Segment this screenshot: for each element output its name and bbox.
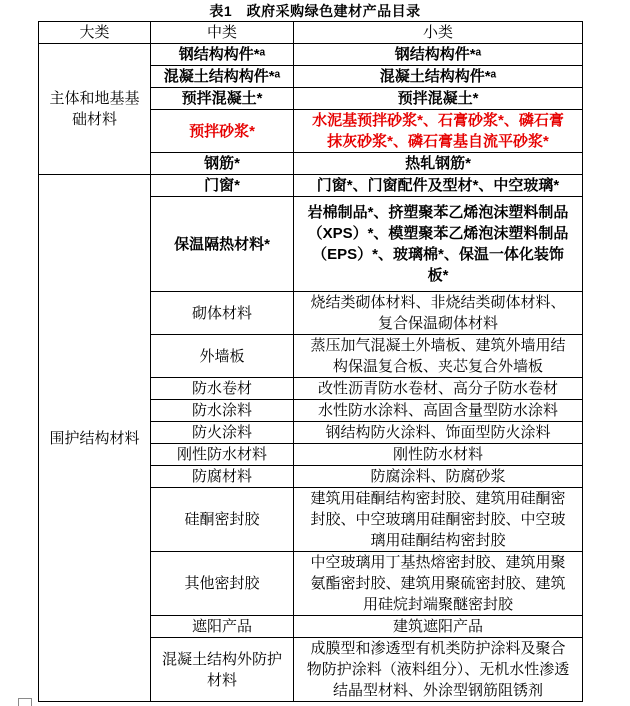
sub-category-cell-highlighted: 水泥基预拌砂浆*、石膏砂浆*、磷石膏抹灰砂浆*、磷石膏基自流平砂浆* xyxy=(294,110,583,153)
sub-category-cell: 建筑遮阳产品 xyxy=(294,616,583,638)
sub-category-cell: 钢结构防火涂料、饰面型防火涂料 xyxy=(294,422,583,444)
header-cell-major-category: 大类 xyxy=(39,22,151,44)
header-cell-minor-category: 小类 xyxy=(294,22,583,44)
header-row: 大类 中类 小类 xyxy=(39,22,583,44)
sub-category-cell: 门窗*、门窗配件及型材*、中空玻璃* xyxy=(294,175,583,197)
sub-category-cell: 蒸压加气混凝土外墙板、建筑外墙用结构保温复合板、夹芯复合外墙板 xyxy=(294,335,583,378)
mid-category-cell: 防腐材料 xyxy=(151,466,294,488)
page-corner-artifact xyxy=(18,698,32,706)
sub-category-cell: 预拌混凝土* xyxy=(294,88,583,110)
mid-category-cell: 防火涂料 xyxy=(151,422,294,444)
sub-category-cell: 成膜型和渗透型有机类防护涂料及聚合物防护涂料（液料组分）、无机水性渗透结晶型材料… xyxy=(294,638,583,702)
table-row: 主体和地基基础材料 钢结构构件*ᵃ 钢结构构件*ᵃ xyxy=(39,44,583,66)
mid-category-cell: 硅酮密封胶 xyxy=(151,488,294,552)
major-category-cell-envelope: 围护结构材料 xyxy=(39,175,151,702)
mid-category-cell: 预拌混凝土* xyxy=(151,88,294,110)
header-cell-middle-category: 中类 xyxy=(151,22,294,44)
sub-category-cell: 热轧钢筋* xyxy=(294,153,583,175)
table-row: 围护结构材料 门窗* 门窗*、门窗配件及型材*、中空玻璃* xyxy=(39,175,583,197)
sub-category-cell: 烧结类砌体材料、非烧结类砌体材料、复合保温砌体材料 xyxy=(294,292,583,335)
mid-category-cell: 钢结构构件*ᵃ xyxy=(151,44,294,66)
mid-category-cell: 刚性防水材料 xyxy=(151,444,294,466)
mid-category-cell: 保温隔热材料* xyxy=(151,197,294,292)
sub-category-cell: 水性防水涂料、高固含量型防水涂料 xyxy=(294,400,583,422)
sub-category-cell: 防腐涂料、防腐砂浆 xyxy=(294,466,583,488)
table-title: 表1 政府采购绿色建材产品目录 xyxy=(0,1,630,21)
green-materials-catalog-table: 大类 中类 小类 主体和地基基础材料 钢结构构件*ᵃ 钢结构构件*ᵃ 混凝土结构… xyxy=(38,21,583,702)
mid-category-cell: 防水涂料 xyxy=(151,400,294,422)
mid-category-cell: 砌体材料 xyxy=(151,292,294,335)
sub-category-cell: 钢结构构件*ᵃ xyxy=(294,44,583,66)
major-category-cell-structure-foundation: 主体和地基基础材料 xyxy=(39,44,151,175)
sub-category-cell: 改性沥青防水卷材、高分子防水卷材 xyxy=(294,378,583,400)
document-page: 表1 政府采购绿色建材产品目录 大类 中类 小类 主体和地基基础材料 钢结构构件… xyxy=(0,0,630,706)
mid-category-cell: 混凝土结构外防护材料 xyxy=(151,638,294,702)
sub-category-cell: 中空玻璃用丁基热熔密封胶、建筑用聚氨酯密封胶、建筑用聚硫密封胶、建筑用硅烷封端聚… xyxy=(294,552,583,616)
mid-category-cell: 门窗* xyxy=(151,175,294,197)
mid-category-cell: 外墙板 xyxy=(151,335,294,378)
mid-category-cell: 钢筋* xyxy=(151,153,294,175)
mid-category-cell: 防水卷材 xyxy=(151,378,294,400)
sub-category-cell: 刚性防水材料 xyxy=(294,444,583,466)
mid-category-cell: 混凝土结构构件*ᵃ xyxy=(151,66,294,88)
sub-category-cell: 混凝土结构构件*ᵃ xyxy=(294,66,583,88)
mid-category-cell: 遮阳产品 xyxy=(151,616,294,638)
sub-category-cell: 岩棉制品*、挤塑聚苯乙烯泡沫塑料制品（XPS）*、模塑聚苯乙烯泡沫塑料制品（EP… xyxy=(294,197,583,292)
mid-category-cell: 其他密封胶 xyxy=(151,552,294,616)
sub-category-cell: 建筑用硅酮结构密封胶、建筑用硅酮密封胶、中空玻璃用硅酮密封胶、中空玻璃用硅酮结构… xyxy=(294,488,583,552)
mid-category-cell-highlighted: 预拌砂浆* xyxy=(151,110,294,153)
